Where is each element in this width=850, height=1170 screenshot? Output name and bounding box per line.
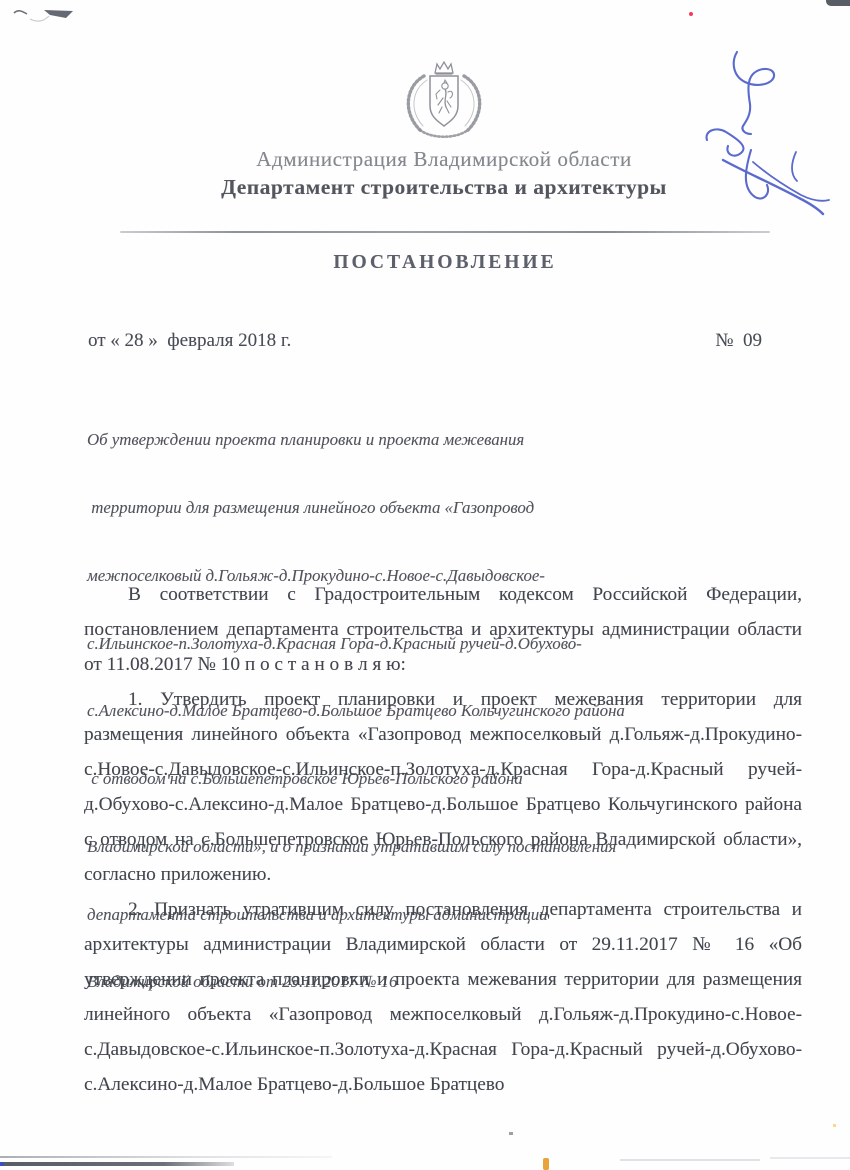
coat-of-arms-vladimir-oblast-icon (394, 60, 494, 140)
scan-smudge-top-right-corner (826, 0, 850, 6)
document-number: № 09 (715, 330, 762, 352)
scanned-document-page: Администрация Владимирской области Депар… (0, 0, 850, 1170)
scan-speck (509, 1132, 513, 1135)
red-dot-artifact (689, 12, 693, 16)
scan-smudge-top-left (10, 4, 82, 26)
org-parent-name: Администрация Владимирской области (19, 147, 850, 172)
scan-smudge-bottom-center (620, 1159, 760, 1161)
highlight-blob-artifact (543, 1158, 549, 1170)
scan-smudge-blue-dot (0, 1162, 4, 1166)
body-paragraph-item-2: 2. Признать утратившим силу постановлени… (84, 892, 802, 1102)
document-meta-row: от « 28 » февраля 2018 г. № 09 (88, 330, 762, 352)
body-paragraph-preamble: В соответствии с Градостроительным кодек… (84, 577, 802, 682)
scan-smudge-bottom-left-dark (0, 1162, 234, 1166)
document-date: от « 28 » февраля 2018 г. (88, 330, 291, 352)
scan-speck-yellow (833, 1124, 836, 1127)
letterhead: Администрация Владимирской области Депар… (19, 60, 850, 200)
body-paragraph-item-1: 1. Утвердить проект планировки и проект … (84, 682, 802, 892)
scan-smudge-bottom-right (770, 1157, 850, 1159)
document-body: В соответствии с Градостроительным кодек… (84, 577, 802, 1102)
org-name: Департамент строительства и архитектуры (19, 175, 850, 200)
subject-line: Об утверждении проекта планировки и прое… (87, 429, 707, 452)
letterhead-divider-line (120, 231, 770, 233)
subject-line: территории для размещения линейного объе… (87, 497, 707, 520)
scan-smudge-bottom-left-light (0, 1156, 332, 1158)
document-type-title: ПОСТАНОВЛЕНИЕ (20, 252, 850, 274)
